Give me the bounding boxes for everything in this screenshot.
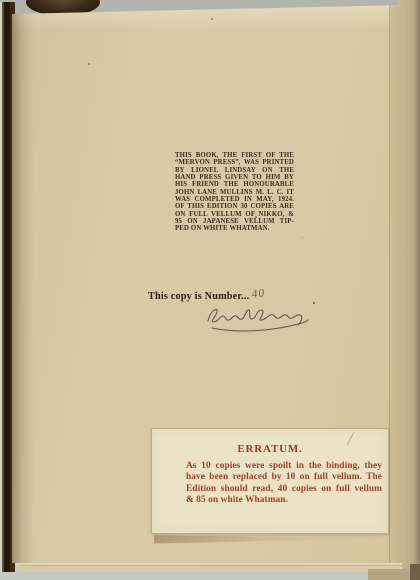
copy-number-handwritten: 40 <box>251 287 266 301</box>
text-line: & 85 on white Whatman. <box>186 495 382 506</box>
text-line: THIS BOOK, THE FIRST OF THE <box>175 152 294 159</box>
paper-speck <box>88 63 90 65</box>
colophon-text: THIS BOOK, THE FIRST OF THE“MERVON PRESS… <box>175 152 294 233</box>
text-line: BY LIONEL LINDSAY ON THE <box>175 167 294 174</box>
text-line: OF THIS EDITION 30 COPIES ARE <box>175 203 294 210</box>
backdrop-bottom <box>0 572 420 580</box>
text-line: HIS FRIEND THE HONOURABLE <box>175 181 294 188</box>
erratum-body: As 10 copies were spoilt in the binding,… <box>186 461 382 507</box>
cover-corner <box>410 564 420 580</box>
slip-shadow <box>154 533 340 544</box>
text-line: WAS COMPLETED IN MAY, 1924. <box>175 196 294 203</box>
page-stack-edge <box>20 565 402 572</box>
ink-dot <box>313 302 315 304</box>
erratum-title: ERRATUM. <box>152 443 388 455</box>
text-line: ON FULL VELLUM OF NIKKO, & <box>175 211 294 218</box>
signature-lionel-lindsay <box>198 302 320 338</box>
text-line: 95 ON JAPANESE VELLUM TIP- <box>175 218 294 225</box>
colophon-page: THIS BOOK, THE FIRST OF THE“MERVON PRESS… <box>12 5 405 563</box>
text-line: “MERVON PRESS”, WAS PRINTED <box>175 159 294 166</box>
text-line: As 10 copies were spoilt in the binding,… <box>186 461 382 472</box>
text-line: Edition should read, 40 copies on full v… <box>186 484 382 495</box>
text-line: JOHN LANE MULLINS M. L. C. IT <box>175 189 294 196</box>
text-line: HAND PRESS GIVEN TO HIM BY <box>175 174 294 181</box>
text-line: have been replaced by 10 on full vellum.… <box>186 472 382 483</box>
page-fore-edge <box>389 5 405 563</box>
gutter-shadow <box>12 5 34 563</box>
paper-speck <box>302 237 303 238</box>
paper-speck <box>211 18 213 20</box>
copy-number-printed: This copy is Number... <box>148 291 249 302</box>
erratum-slip: ERRATUM. As 10 copies were spoilt in the… <box>151 428 389 534</box>
copy-number-line: This copy is Number... 40 <box>148 290 348 302</box>
book-photograph: THIS BOOK, THE FIRST OF THE“MERVON PRESS… <box>0 0 420 580</box>
text-line: PED ON WHITE WHATMAN. <box>175 225 294 232</box>
